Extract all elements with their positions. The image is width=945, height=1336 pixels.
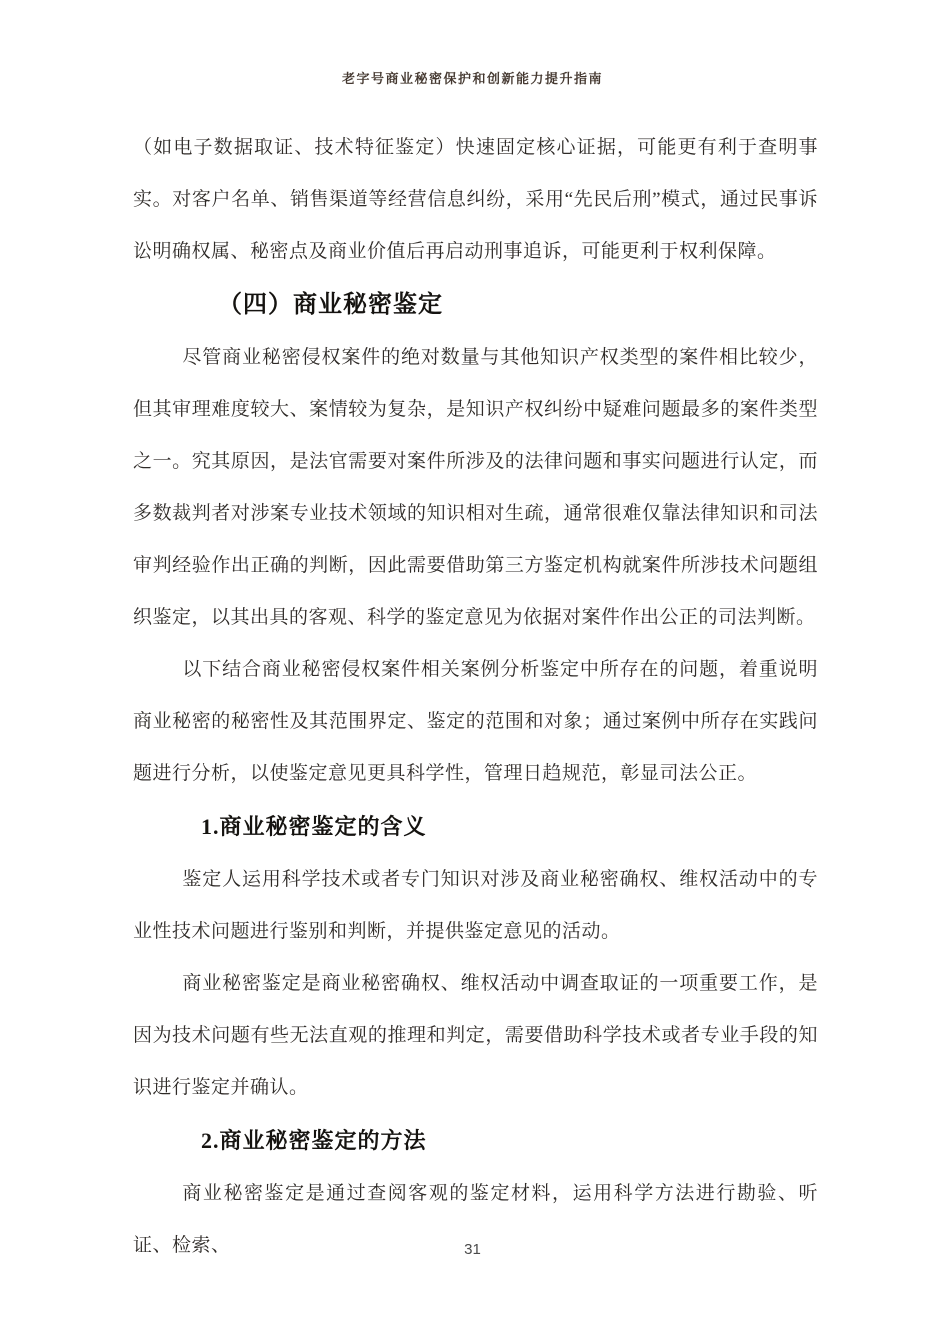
paragraph-case-analysis-intro: 以下结合商业秘密侵权案件相关案例分析鉴定中所存在的问题，着重说明商业秘密的秘密性… (133, 644, 818, 800)
paragraph-importance: 商业秘密鉴定是商业秘密确权、维权活动中调查取证的一项重要工作，是因为技术问题有些… (133, 958, 818, 1114)
section-heading-business-secret-appraisal: （四）商业秘密鉴定 (133, 278, 818, 332)
sub-heading-meaning-of-appraisal: 1.商业秘密鉴定的含义 (133, 800, 818, 854)
document-page: 老字号商业秘密保护和创新能力提升指南 （如电子数据取证、技术特征鉴定）快速固定核… (0, 0, 945, 1336)
paragraph-overview: 尽管商业秘密侵权案件的绝对数量与其他知识产权类型的案件相比较少，但其审理难度较大… (133, 332, 818, 644)
paragraph-definition: 鉴定人运用科学技术或者专门知识对涉及商业秘密确权、维权活动中的专业性技术问题进行… (133, 854, 818, 958)
sub-heading-method-of-appraisal: 2.商业秘密鉴定的方法 (133, 1114, 818, 1168)
page-header-title: 老字号商业秘密保护和创新能力提升指南 (0, 68, 945, 87)
page-body: （如电子数据取证、技术特征鉴定）快速固定核心证据，可能更有利于查明事实。对客户名… (133, 122, 818, 1272)
paragraph-continuation: （如电子数据取证、技术特征鉴定）快速固定核心证据，可能更有利于查明事实。对客户名… (133, 122, 818, 278)
page-number: 31 (0, 1241, 945, 1258)
